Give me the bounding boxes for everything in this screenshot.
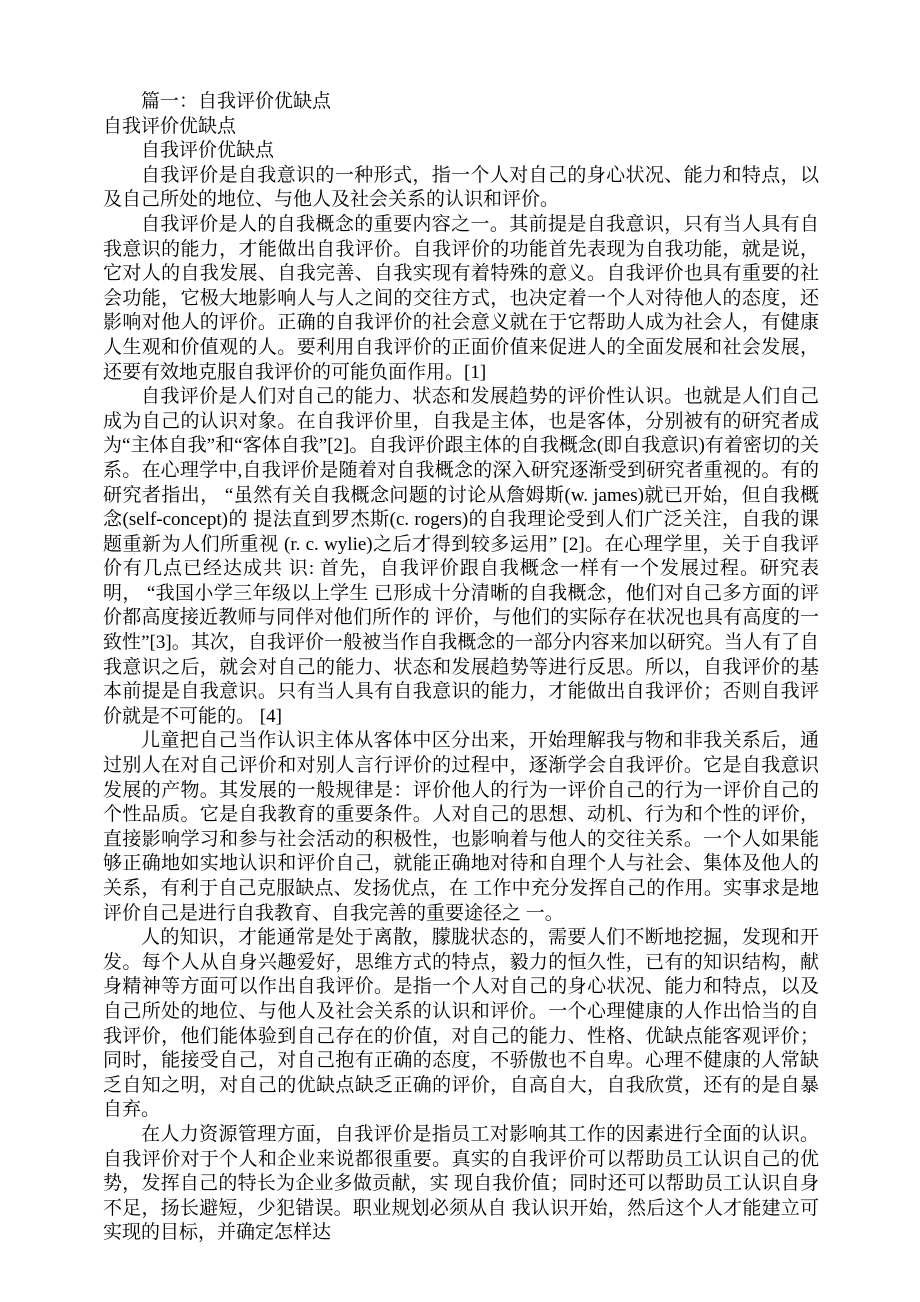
paragraph: 自我评价优缺点 bbox=[103, 139, 819, 164]
paragraph: 自我评价是人们对自己的能力、状态和发展趋势的评价性认识。也就是人们自己成为自己的… bbox=[103, 385, 819, 729]
paragraph: 自我评价是人的自我概念的重要内容之一。其前提是自我意识，只有当人具有自我意识的能… bbox=[103, 213, 819, 385]
paragraph: 自我评价优缺点 bbox=[103, 115, 819, 140]
paragraph: 在人力资源管理方面，自我评价是指员工对影响其工作的因素进行全面的认识。自我评价对… bbox=[103, 1123, 819, 1246]
document-body: 篇一：自我评价优缺点自我评价优缺点自我评价优缺点自我评价是自我意识的一种形式，指… bbox=[103, 90, 819, 1246]
paragraph: 自我评价是自我意识的一种形式，指一个人对自己的身心状况、能力和特点，以及自己所处… bbox=[103, 164, 819, 213]
paragraph: 篇一：自我评价优缺点 bbox=[103, 90, 819, 115]
document-page: 篇一：自我评价优缺点自我评价优缺点自我评价优缺点自我评价是自我意识的一种形式，指… bbox=[0, 0, 920, 1302]
paragraph: 儿童把自己当作认识主体从客体中区分出来，开始理解我与物和非我关系后，通过别人在对… bbox=[103, 729, 819, 926]
paragraph: 人的知识，才能通常是处于离散，朦胧状态的，需要人们不断地挖掘，发现和开发。每个人… bbox=[103, 926, 819, 1123]
